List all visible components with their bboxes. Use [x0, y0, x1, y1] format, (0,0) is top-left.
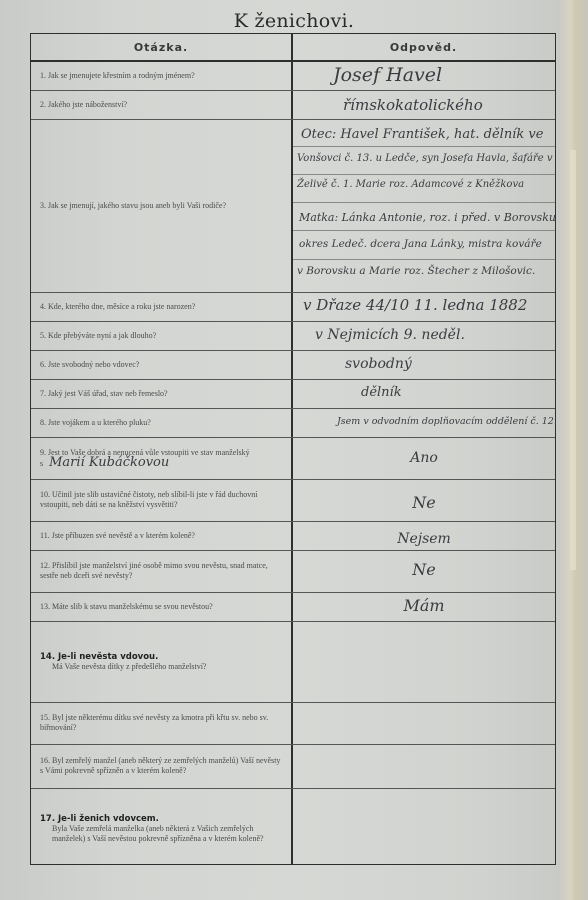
table-row: 5. Kde přebýváte nyní a jak dlouho? v Ne… — [31, 321, 555, 351]
question-text: 8. Jste vojákem a u kterého pluku? — [40, 418, 151, 428]
table-row: 12. Přislíbil jste manželství jiné osobě… — [31, 550, 555, 593]
table-row: 10. Učinil jste slib ustavičné čistoty, … — [31, 479, 555, 522]
answer-line: Matka: Lánka Antonie, roz. i před. v Bor… — [299, 211, 556, 224]
question-text: 12. Přislíbil jste manželství jiné osobě… — [40, 561, 283, 581]
table-row: 13. Máte slib k stavu manželskému se svo… — [31, 592, 555, 622]
page-title: K ženichovi. — [0, 10, 588, 32]
question-column-header: Otázka. — [31, 34, 291, 62]
answer-text: svobodný — [345, 356, 412, 372]
question-text: 4. Kde, kterého dne, měsíce a roku jste … — [40, 302, 195, 312]
answer-text: Ne — [293, 493, 555, 512]
table-row: 14. Je-li nevěsta vdovou.Má Vaše nevěsta… — [31, 621, 555, 703]
table-row: 2. Jakého jste náboženství? římskokatoli… — [31, 90, 555, 120]
question-text: 17. Je-li ženich vdovcem.Byla Vaše zemře… — [40, 814, 283, 844]
question-text: 7. Jaký jest Váš úřad, stav neb řemeslo? — [40, 389, 168, 399]
table-row: 9. Jest to Vaše dobrá a nenucená vůle vs… — [31, 437, 555, 480]
answer-line: okres Ledeč. dcera Jana Lánky, mistra ko… — [299, 238, 542, 250]
question-text: 14. Je-li nevěsta vdovou.Má Vaše nevěsta… — [40, 652, 206, 672]
answer-text: Josef Havel — [333, 64, 442, 86]
answer-text: Ano — [293, 450, 555, 466]
questionnaire-table: Otázka. Odpověd. 1. Jak se jmenujete kře… — [30, 33, 556, 865]
question-text: 1. Jak se jmenujete křestním a rodným jm… — [40, 71, 195, 81]
answer-line: Želivě č. 1. Marie roz. Adamcové z Kněžk… — [297, 179, 524, 190]
table-row: 7. Jaký jest Váš úřad, stav neb řemeslo?… — [31, 379, 555, 409]
bride-name-handwritten: Marií Kubáčkovou — [49, 455, 169, 470]
answer-text: Ne — [293, 560, 555, 579]
answer-blank — [293, 788, 555, 864]
question-text: 16. Byl zemřelý manžel (aneb některý ze … — [40, 756, 283, 776]
question-text: 9. Jest to Vaše dobrá a nenucená vůle vs… — [40, 448, 283, 469]
question-text: 6. Jste svobodný nebo vdovec? — [40, 360, 139, 370]
answer-text: v Nejmicích 9. neděl. — [315, 327, 465, 343]
table-row: 8. Jste vojákem a u kterého pluku? Jsem … — [31, 408, 555, 438]
question-text: 2. Jakého jste náboženství? — [40, 100, 127, 110]
table-row: 15. Byl jste některému dítku své nevěsty… — [31, 702, 555, 745]
table-row: 3. Jak se jmenují, jakého stavu jsou ane… — [31, 119, 555, 293]
paper-edge-tape — [570, 150, 576, 570]
table-row: 11. Jste příbuzen své nevěstě a v kterém… — [31, 521, 555, 551]
table-row: 6. Jste svobodný nebo vdovec? svobodný — [31, 350, 555, 380]
question-text: 15. Byl jste některému dítku své nevěsty… — [40, 713, 283, 733]
answer-line: Vonšovci č. 13. u Ledče, syn Josefa Havl… — [297, 153, 553, 164]
answer-text: Jsem v odvodním doplňovacím oddělení č. … — [337, 416, 557, 427]
answer-blank — [293, 702, 555, 744]
answer-line: Otec: Havel František, hat. dělník ve — [301, 127, 543, 142]
answer-text: římskokatolického — [343, 96, 483, 114]
table-row: 1. Jak se jmenujete křestním a rodným jm… — [31, 62, 555, 91]
answer-line: v Borovsku a Marie roz. Štecher z Milošo… — [297, 265, 535, 277]
question-text: 11. Jste příbuzen své nevěstě a v kterém… — [40, 531, 195, 541]
section-heading: 14. Je-li nevěsta vdovou. — [40, 652, 206, 662]
answer-column-header: Odpověd. — [292, 34, 555, 62]
answer-text: v Dřaze 44/10 11. ledna 1882 — [303, 296, 527, 314]
answer-blank — [293, 744, 555, 788]
answer-text: dělník — [361, 385, 402, 400]
table-row: 16. Byl zemřelý manžel (aneb některý ze … — [31, 744, 555, 789]
question-text: 13. Máte slib k stavu manželskému se svo… — [40, 602, 213, 612]
question-text: 5. Kde přebýváte nyní a jak dlouho? — [40, 331, 156, 341]
question-text: 10. Učinil jste slib ustavičné čistoty, … — [40, 490, 283, 510]
answer-text: Nejsem — [293, 531, 555, 547]
question-text: 3. Jak se jmenují, jakého stavu jsou ane… — [40, 201, 226, 211]
table-row: 4. Kde, kterého dne, měsíce a roku jste … — [31, 292, 555, 322]
answer-blank — [293, 621, 555, 702]
section-heading: 17. Je-li ženich vdovcem. — [40, 814, 283, 824]
answer-text: Mám — [293, 596, 555, 615]
table-row: 17. Je-li ženich vdovcem.Byla Vaše zemře… — [31, 788, 555, 864]
